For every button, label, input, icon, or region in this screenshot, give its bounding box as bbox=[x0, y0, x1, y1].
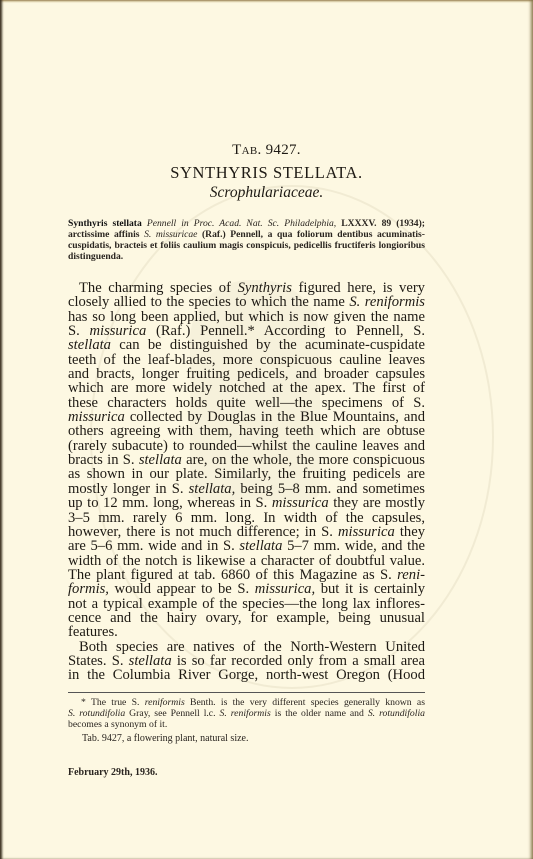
text-line: however, there is not much difference; i… bbox=[68, 525, 425, 539]
italic-text: S. rotundifolia bbox=[368, 708, 425, 719]
text-line: stellata can be distinguished by the acu… bbox=[68, 338, 425, 352]
text-line: 3–5 mm. rarely 6 mm. long. In width of t… bbox=[68, 511, 425, 525]
text-line: these characters holds quite well—the sp… bbox=[68, 396, 425, 410]
text-line: in the Columbia River Gorge, north-west … bbox=[68, 668, 425, 682]
text-line: Both species are natives of the North-We… bbox=[68, 640, 425, 654]
text-line: mostly longer in S. stellata, being 5–8 … bbox=[68, 482, 425, 496]
diagnosis-citation: Pennell in Proc. Acad. Nat. Sc. Philadel… bbox=[147, 218, 336, 229]
text-line: S. rotundifolia Gray, see Pennell l.c. S… bbox=[68, 708, 425, 719]
text-line: features. bbox=[68, 625, 425, 639]
footnote: * The true S. reniformis Benth. is the v… bbox=[68, 697, 425, 731]
text-line: not a typical example of the species—the… bbox=[68, 597, 425, 611]
text-line: up to 12 mm. long, whereas in S. missuri… bbox=[68, 496, 425, 510]
text-line: becomes a synonym of it. bbox=[68, 719, 425, 730]
text-segment: cence and the hairy ovary, for example, … bbox=[68, 610, 425, 626]
text-line: formis, would appear to be S. missurica,… bbox=[68, 582, 425, 596]
family-name: Scrophulariaceae. bbox=[0, 184, 533, 202]
text-line: and bracts, longer fruiting pedicels, an… bbox=[68, 367, 425, 381]
text-segment: becomes a synonym of it. bbox=[68, 719, 167, 730]
plate-number: Tab. 9427. bbox=[0, 142, 533, 159]
text-line: teeth of the leaf-blades, more conspicuo… bbox=[68, 353, 425, 367]
text-line: are 5–6 mm. wide and in S. stellata 5–7 … bbox=[68, 539, 425, 553]
text-line: * The true S. reniformis Benth. is the v… bbox=[68, 697, 425, 708]
italic-text: S. rotundifolia bbox=[68, 708, 125, 719]
italic-text: reniformis bbox=[145, 697, 185, 708]
text-line: missurica collected by Douglas in the Bl… bbox=[68, 410, 425, 424]
text-line: closely allied to the species to which t… bbox=[68, 295, 425, 309]
publication-date: February 29th, 1936. bbox=[68, 767, 157, 778]
text-line: cence and the hairy ovary, for example, … bbox=[68, 611, 425, 625]
text-line: which are more widely notched at the ape… bbox=[68, 381, 425, 395]
text-line: width of the notch is likewise a charact… bbox=[68, 554, 425, 568]
text-segment: Gray, see Pennell l.c. bbox=[125, 708, 219, 719]
description-body: The charming species of Synthyris figure… bbox=[68, 281, 425, 683]
tab-prefix: Tab. bbox=[232, 142, 261, 158]
latin-diagnosis: Synthyris stellata Pennell in Proc. Acad… bbox=[68, 218, 425, 262]
text-line: The charming species of Synthyris figure… bbox=[68, 281, 425, 295]
text-line: has so long been applied, but which is n… bbox=[68, 310, 425, 324]
footnote-divider bbox=[68, 692, 425, 693]
text-line: States. S. stellata is so far recorded o… bbox=[68, 654, 425, 668]
document-page: Tab. 9427. SYNTHYRIS STELLATA. Scrophula… bbox=[0, 0, 533, 859]
diagnosis-species: Synthyris stellata bbox=[68, 218, 142, 229]
species-title: SYNTHYRIS STELLATA. bbox=[0, 163, 533, 183]
text-line: as shown in our plate. Similarly, the fr… bbox=[68, 467, 425, 481]
plate-caption: Tab. 9427, a flowering plant, natural si… bbox=[82, 733, 248, 744]
text-line: bracts in S. stellata are, on the whole,… bbox=[68, 453, 425, 467]
text-line: S. missurica (Raf.) Pennell.* According … bbox=[68, 324, 425, 338]
diagnosis-compared-species: S. missuricae bbox=[144, 229, 197, 240]
tab-number: 9427. bbox=[266, 142, 301, 158]
text-line: The plant figured at tab. 6860 of this M… bbox=[68, 568, 425, 582]
text-segment: in the Columbia River Gorge, north-west … bbox=[68, 667, 425, 683]
text-line: (rarely subacute) to rounded—whilst the … bbox=[68, 439, 425, 453]
text-line: others agreeing with them, having teeth … bbox=[68, 424, 425, 438]
text-segment: * The true S. bbox=[81, 697, 145, 708]
text-segment: Benth. is the very different species gen… bbox=[185, 697, 425, 708]
italic-text: S. reniformis bbox=[220, 708, 271, 719]
text-segment: is the older name and bbox=[271, 708, 368, 719]
